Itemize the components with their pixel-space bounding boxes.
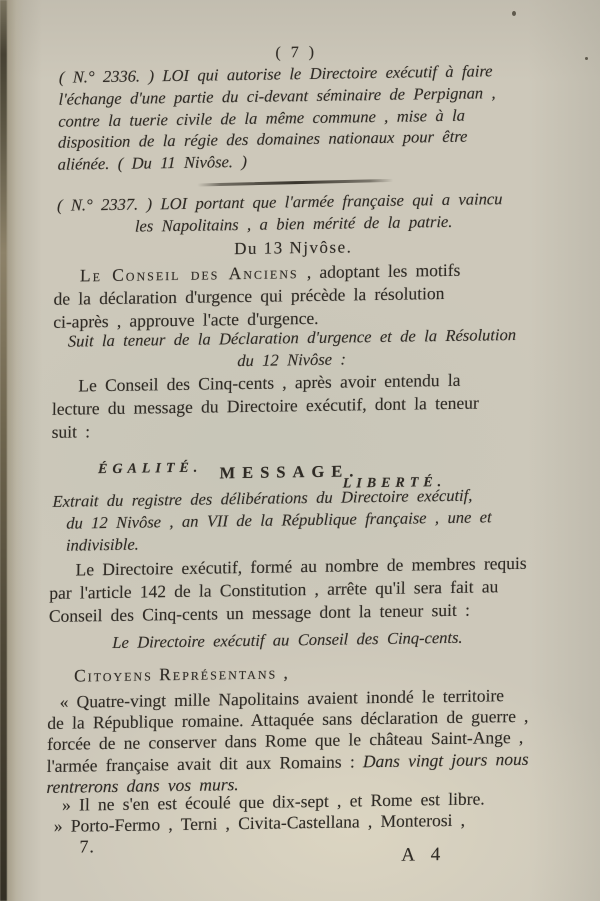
paragraph-napolitains: « Quatre-vingt mille Napolitains avaient… [46,685,530,798]
line-porto-fermo: » Porto-Fermo , Terni , Civita-Castellan… [54,809,466,838]
paragraph-conseil-anciens: Le Conseil des Anciens , adoptant les mo… [53,259,460,334]
paragraph-directoire: Le Directoire exécutif, formé au nombre … [49,552,527,628]
ink-speck [585,57,588,60]
signature-mark: A 4 [401,844,446,867]
printed-text-block: ( 7 ) ( N.° 2336. ) LOI qui autorise le … [45,0,536,901]
paragraph-cinq-cents: Le Conseil des Cinq-cents , après avoir … [51,368,479,443]
citoyens-representans-heading: Citoyens Représentans , [74,662,290,686]
date-heading: Du 13 Njvôse. [54,235,532,262]
conseil-anciens-smallcaps: Le Conseil des Anciens [80,262,299,285]
book-binding-edge [0,0,7,901]
page-edge-shadow [7,0,24,901]
footer-page-number: 7. [79,836,95,857]
extrait-registre-note: Extrait du registre des délibérations du… [52,484,492,556]
section-divider [197,179,393,187]
law-entry-2336: ( N.° 2336. ) LOI qui autorise le Direct… [57,60,496,176]
book-page-photo: ( 7 ) ( N.° 2336. ) LOI qui autorise le … [0,0,600,901]
suit-la-teneur-note: Suit la teneur de la Déclaration d'urgen… [53,324,532,375]
au-conseil-salutation: Le Directoire exécutif au Conseil des Ci… [48,626,526,655]
